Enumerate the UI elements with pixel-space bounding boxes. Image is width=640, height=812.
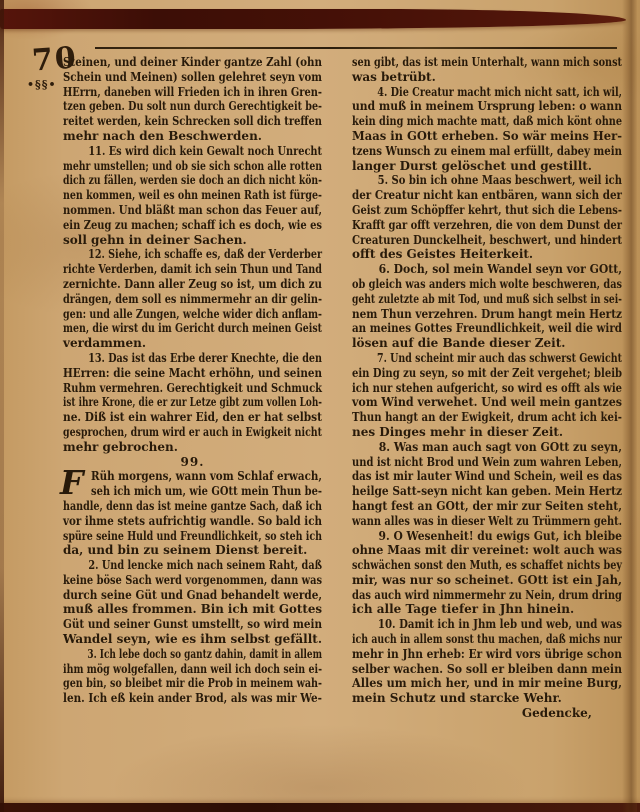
text-line: muß alles frommen. Bin ich mit Gottes bbox=[63, 602, 322, 617]
text-line: Ruhm vermehren. Gerechtigkeit und Schmuc… bbox=[63, 381, 322, 396]
text-line: drängen, dem soll es nimmermehr an dir g… bbox=[63, 292, 322, 307]
text-line: 8. Was man auch sagt von GOtt zu seyn, bbox=[352, 440, 622, 455]
text-line: gen bin, so bleibet mir die Prob in mein… bbox=[63, 676, 322, 691]
text-line: ich alle Tage tiefer in Jhn hinein. bbox=[352, 602, 622, 617]
text-line: selber wachen. So soll er bleiben dann m… bbox=[352, 662, 622, 677]
text-line: ohne Maas mit dir vereinet: wolt auch wa… bbox=[352, 543, 622, 558]
text-line: gen: und alle Zungen, welche wider dich … bbox=[63, 307, 322, 322]
text-line: langer Durst gelöschet und gestillt. bbox=[352, 159, 622, 174]
text-line: ne. Diß ist ein wahrer Eid, den er hat s… bbox=[63, 410, 322, 425]
text-line: Güt und seiner Gunst umstellt, so wird m… bbox=[63, 617, 322, 632]
text-line: ob gleich was anders mich wolte beschwer… bbox=[352, 277, 622, 292]
header-rule bbox=[95, 47, 617, 49]
text-line: an meines Gottes Freundlichkeit, weil di… bbox=[352, 321, 622, 336]
text-line: Geist zum Schöpffer kehrt, thut sich die… bbox=[352, 203, 622, 218]
text-line: Maas in GOtt erheben. So wär meins Her- bbox=[352, 129, 622, 144]
text-line: Wandel seyn, wie es ihm selbst gefällt. bbox=[63, 632, 322, 647]
text-line: richte Verderben, damit ich sein Thun un… bbox=[63, 262, 322, 277]
text-line: 7. Und scheint mir auch das schwerst Gew… bbox=[352, 351, 622, 366]
text-line: Steinen, und deiner Kinder gantze Zahl (… bbox=[63, 55, 322, 70]
catchword: Gedencke, bbox=[352, 706, 622, 721]
spine-shadow bbox=[622, 0, 637, 812]
text-line: mehr umstellen; und ob sie sich schon al… bbox=[63, 159, 322, 174]
text-line: 13. Das ist das Erbe derer Knechte, die … bbox=[63, 351, 322, 366]
text-line: und ist nicht Brod und Wein zum wahren L… bbox=[352, 455, 622, 470]
text-line: mehr gebrochen. bbox=[63, 440, 322, 455]
section-number: 99. bbox=[63, 455, 322, 470]
text-line: hangt fest an GOtt, der mir zur Seiten s… bbox=[352, 499, 622, 514]
text-line: ein Zeug zu machen; schaff ich es doch, … bbox=[63, 218, 322, 233]
text-line: handle, denn das ist meine gantze Sach, … bbox=[63, 499, 322, 514]
text-line: HErrn, daneben will Frieden ich in ihren… bbox=[63, 85, 322, 100]
text-line: wann alles was in dieser Welt zu Trümmer… bbox=[352, 514, 622, 529]
text-line: len. Ich eß kein ander Brod, als was mir… bbox=[63, 691, 322, 706]
text-line: 3. Ich lebe doch so gantz dahin, damit i… bbox=[63, 647, 322, 662]
text-line: das auch wird nimmermehr zu Nein, drum d… bbox=[352, 588, 622, 603]
text-line: 6. Doch, sol mein Wandel seyn vor GOtt, bbox=[352, 262, 622, 277]
text-line: 5. So bin ich ohne Maas beschwert, weil … bbox=[352, 173, 622, 188]
text-line: Thun hangt an der Ewigkeit, drum acht ic… bbox=[352, 410, 622, 425]
text-line: seh ich mich um, wie GOtt mein Thun be- bbox=[63, 484, 322, 499]
text-line: tzens Wunsch zu einem mal erfüllt, dabey… bbox=[352, 144, 622, 159]
text-line: dich zu fällen, werden sie doch an dich … bbox=[63, 173, 322, 188]
text-line: 12. Siehe, ich schaffe es, daß der Verde… bbox=[63, 247, 322, 262]
text-line: men, die wirst du im Gericht durch meine… bbox=[63, 321, 322, 336]
text-line: verdammen. bbox=[63, 336, 322, 351]
left-text-column: Steinen, und deiner Kinder gantze Zahl (… bbox=[63, 55, 322, 706]
text-line: 4. Die Creatur macht mich nicht satt, ic… bbox=[352, 85, 622, 100]
text-line: lösen auf die Bande dieser Zeit. bbox=[352, 336, 622, 351]
page-ornament-icon: •§§• bbox=[27, 78, 57, 91]
text-line: HErren: die seine Macht erhöhn, und sein… bbox=[63, 366, 322, 381]
text-line: Krafft gar offt verzehren, die von dem D… bbox=[352, 218, 622, 233]
drop-cap-paragraph: FRüh morgens, wann vom Schlaf erwach,seh… bbox=[63, 469, 322, 499]
text-line: durch seine Güt und Gnad behandelt werde… bbox=[63, 588, 322, 603]
text-line: tzen geben. Du solt nun durch Gerechtigk… bbox=[63, 99, 322, 114]
text-line: da, und bin zu seinem Dienst bereit. bbox=[63, 543, 322, 558]
text-line: sen gibt, das ist mein Unterhalt, wann m… bbox=[352, 55, 622, 70]
text-line: Schein und Meinen) sollen gelehret seyn … bbox=[63, 70, 322, 85]
text-line: 2. Und lencke mich nach seinem Raht, daß bbox=[63, 558, 322, 573]
text-line: 10. Damit ich in Jhm leb und web, und wa… bbox=[352, 617, 622, 632]
scan-edge-bottom bbox=[0, 803, 640, 812]
text-line: nen kommen, weil es ohn meinen Rath ist … bbox=[63, 188, 322, 203]
text-line: heilge Satt-seyn nicht kan geben. Mein H… bbox=[352, 484, 622, 499]
text-line: vor ihme stets aufrichtig wandle. So bal… bbox=[63, 514, 322, 529]
text-line: Rüh morgens, wann vom Schlaf erwach, bbox=[63, 469, 322, 484]
text-line: mehr nach den Beschwerden. bbox=[63, 129, 322, 144]
text-line: kein ding mich machte matt, daß mich kön… bbox=[352, 114, 622, 129]
right-text-column: sen gibt, das ist mein Unterhalt, wann m… bbox=[352, 55, 622, 721]
text-line: 11. Es wird dich kein Gewalt noch Unrech… bbox=[63, 144, 322, 159]
text-line: mir, was nur so scheinet. GOtt ist ein J… bbox=[352, 573, 622, 588]
text-line: ich auch in allem sonst thu machen, daß … bbox=[352, 632, 622, 647]
text-line: Creaturen Dunckelheit, beschwert, und hi… bbox=[352, 233, 622, 248]
text-line: schwächen sonst den Muth, es schaffet ni… bbox=[352, 558, 622, 573]
scan-edge-top bbox=[0, 9, 626, 29]
text-line: was betrübt. bbox=[352, 70, 622, 85]
text-line: mehr in Jhn erheb: Er wird vors übrige s… bbox=[352, 647, 622, 662]
text-line: reitet werden, kein Schrecken soll dich … bbox=[63, 114, 322, 129]
text-line: Alles um mich her, und in mir meine Burg… bbox=[352, 676, 622, 691]
text-line: nem Thun verzehren. Drum hangt mein Hert… bbox=[352, 307, 622, 322]
text-line: keine böse Sach werd vorgenommen, dann w… bbox=[63, 573, 322, 588]
text-line: ist ihre Krone, die er zur Letze gibt zu… bbox=[63, 395, 322, 410]
text-line: spüre seine Huld und Freundlichkeit, so … bbox=[63, 529, 322, 544]
text-line: nes Dinges mehr in dieser Zeit. bbox=[352, 425, 622, 440]
text-line: nommen. Und bläßt man schon das Feuer au… bbox=[63, 203, 322, 218]
text-line: mein Schutz und starcke Wehr. bbox=[352, 691, 622, 706]
text-line: ein Ding zu seyn, so mit der Zeit vergeh… bbox=[352, 366, 622, 381]
text-line: ich nur stehen aufgericht, so wird es of… bbox=[352, 381, 622, 396]
text-line: der Creatur nicht kan entbären, wann sic… bbox=[352, 188, 622, 203]
drop-cap-letter: F bbox=[60, 468, 83, 498]
scan-edge-left bbox=[0, 0, 4, 812]
text-line: 9. O Wesenheit! du ewigs Gut, ich bleibe bbox=[352, 529, 622, 544]
text-line: zernichte. Dann aller Zeug so ist, um di… bbox=[63, 277, 322, 292]
text-line: vom Wind verwehet. Und weil mein gantzes bbox=[352, 395, 622, 410]
text-line: das ist mir lauter Wind und Schein, weil… bbox=[352, 469, 622, 484]
text-line: soll gehn in deiner Sachen. bbox=[63, 233, 322, 248]
text-line: offt des Geistes Heiterkeit. bbox=[352, 247, 622, 262]
text-line: geht zuletzte ab mit Tod, und muß sich s… bbox=[352, 292, 622, 307]
text-line: ihm mög wolgefallen, dann weil ich doch … bbox=[63, 662, 322, 677]
text-line: gesprochen, drum wird er auch in Ewigkei… bbox=[63, 425, 322, 440]
text-line: und muß in meinem Ursprung leben: o wann bbox=[352, 99, 622, 114]
